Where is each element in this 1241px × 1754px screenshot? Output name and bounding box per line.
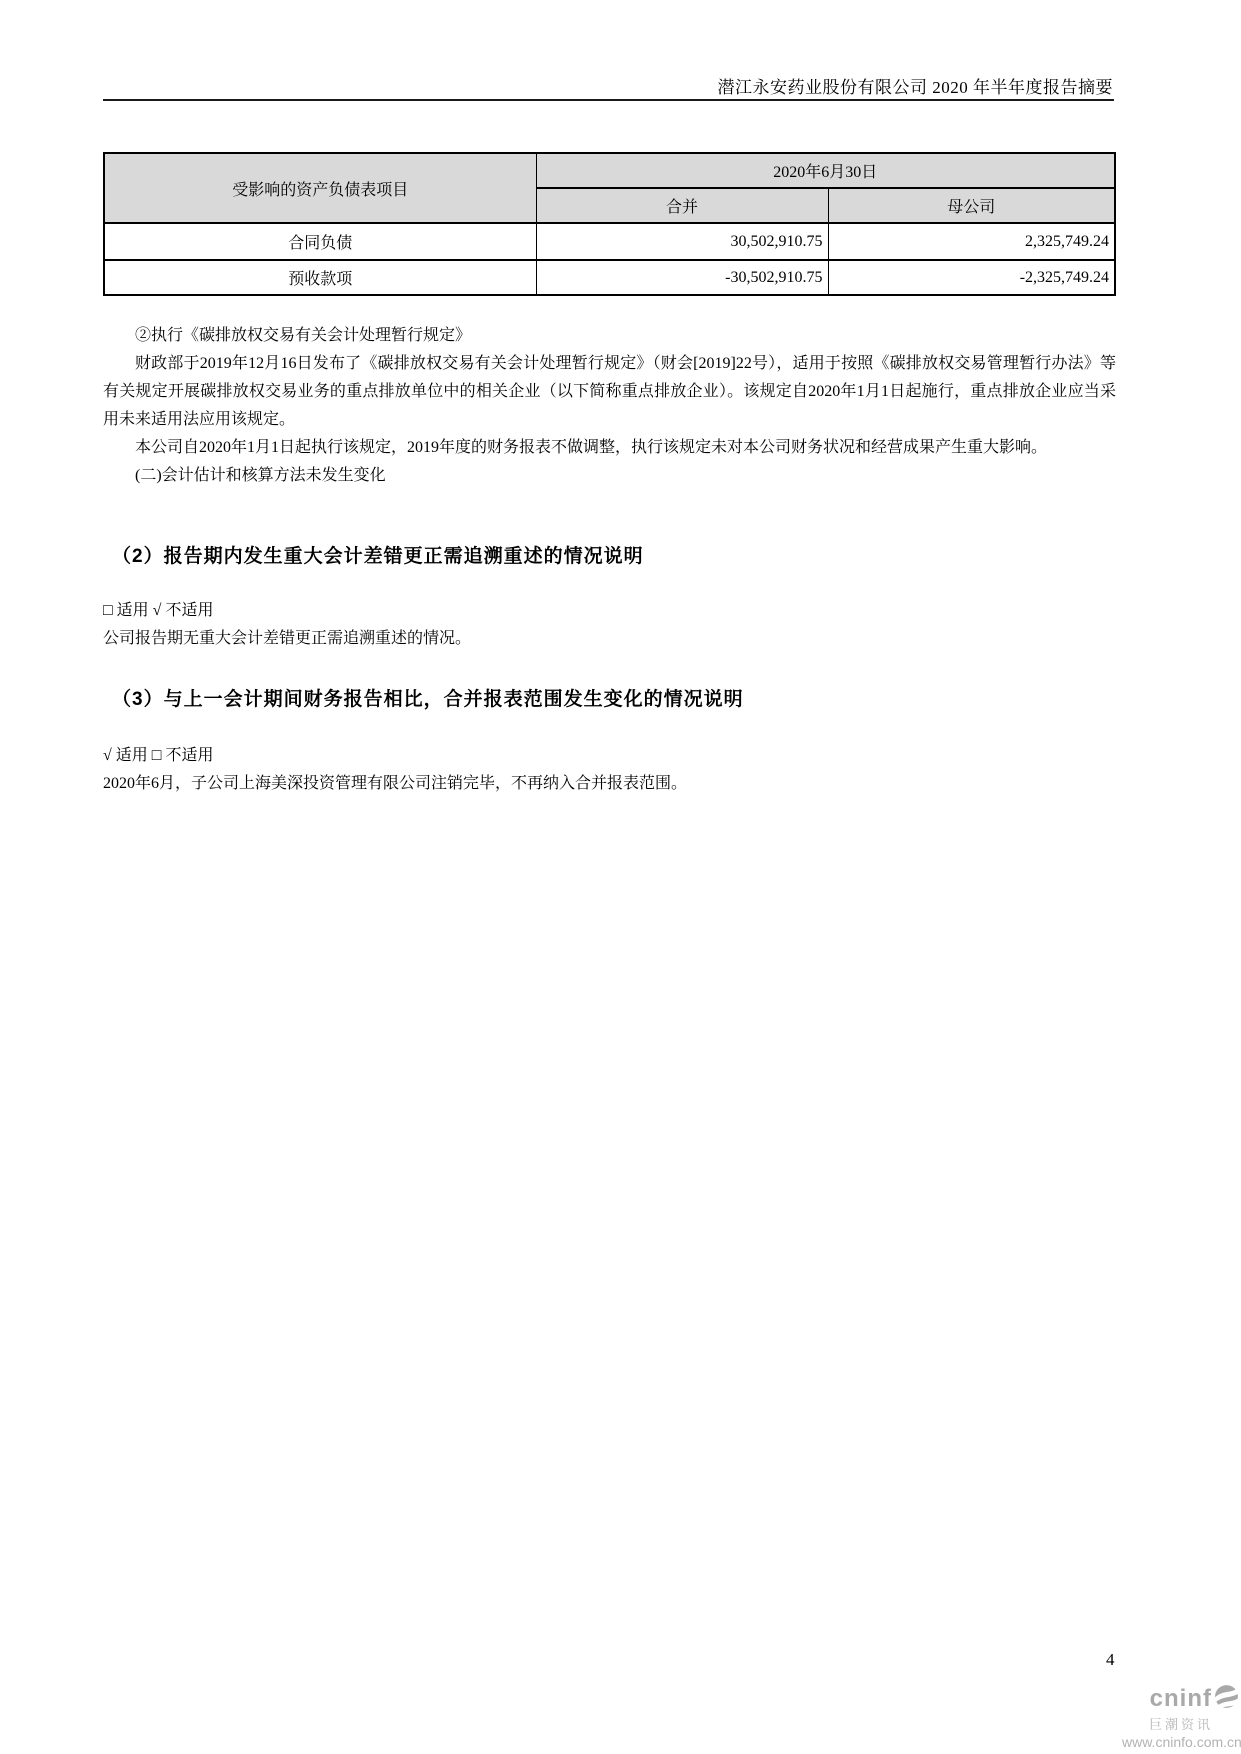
table-cell-parent-value: 2,325,749.24 [828, 223, 1115, 260]
applicability-block-2: □ 适用 √ 不适用 公司报告期无重大会计差错更正需追溯重述的情况。 [103, 597, 1116, 653]
section-heading-2: （2）报告期内发生重大会计差错更正需追溯重述的情况说明 [112, 541, 644, 568]
table-cell-item: 预收款项 [104, 260, 536, 295]
cninfo-brand-row: cninf [1122, 1683, 1240, 1715]
table-cell-consolidated-value: 30,502,910.75 [536, 223, 828, 260]
body-paragraphs: ②执行《碳排放权交易有关会计处理暂行规定》 财政部于2019年12月16日发布了… [103, 322, 1116, 490]
cninfo-globe-swoosh-icon [1213, 1683, 1240, 1715]
cninfo-brand-text: cninf [1150, 1687, 1212, 1711]
header-divider [103, 99, 1114, 101]
table-header-item-column: 受影响的资产负债表项目 [104, 153, 536, 223]
cninfo-watermark-logo: cninf 巨潮资讯 www.cninfo.com.cn [1122, 1683, 1240, 1750]
report-page: 潜江永安药业股份有限公司 2020 年半年度报告摘要 受影响的资产负债表项目 2… [0, 0, 1241, 1754]
table-cell-parent-value: -2,325,749.24 [828, 260, 1115, 295]
table-header-consolidated: 合并 [536, 188, 828, 223]
table-header-date: 2020年6月30日 [536, 153, 1115, 188]
cninfo-chinese-name: 巨潮资讯 [1122, 1714, 1240, 1733]
paragraph-no-corrections: 公司报告期无重大会计差错更正需追溯重述的情况。 [103, 625, 1116, 653]
applicability-line: √ 适用 □ 不适用 [103, 742, 1116, 770]
report-header-title: 潜江永安药业股份有限公司 2020 年半年度报告摘要 [718, 73, 1114, 98]
paragraph-company-adoption: 本公司自2020年1月1日起执行该规定，2019年度的财务报表不做调整，执行该规… [103, 434, 1116, 462]
table-header-row-1: 受影响的资产负债表项目 2020年6月30日 [104, 153, 1115, 188]
impact-table-container: 受影响的资产负债表项目 2020年6月30日 合并 母公司 合同负债 30,50… [103, 152, 1114, 296]
table-cell-item: 合同负债 [104, 223, 536, 260]
impact-table: 受影响的资产负债表项目 2020年6月30日 合并 母公司 合同负债 30,50… [103, 152, 1116, 296]
section-heading-3: （3）与上一会计期间财务报告相比，合并报表范围发生变化的情况说明 [112, 684, 744, 711]
cninfo-url: www.cninfo.com.cn [1122, 1734, 1240, 1750]
page-number: 4 [1106, 1650, 1115, 1670]
table-row: 预收款项 -30,502,910.75 -2,325,749.24 [104, 260, 1115, 295]
applicability-block-3: √ 适用 □ 不适用 2020年6月，子公司上海美深投资管理有限公司注销完毕，不… [103, 742, 1116, 798]
applicability-line: □ 适用 √ 不适用 [103, 597, 1116, 625]
paragraph-carbon-policy-title: ②执行《碳排放权交易有关会计处理暂行规定》 [103, 322, 1116, 350]
table-row: 合同负债 30,502,910.75 2,325,749.24 [104, 223, 1115, 260]
paragraph-accounting-estimates: (二)会计估计和核算方法未发生变化 [103, 462, 1116, 490]
paragraph-carbon-policy-detail: 财政部于2019年12月16日发布了《碳排放权交易有关会计处理暂行规定》（财会[… [103, 350, 1116, 434]
paragraph-scope-change: 2020年6月，子公司上海美深投资管理有限公司注销完毕，不再纳入合并报表范围。 [103, 770, 1116, 798]
table-cell-consolidated-value: -30,502,910.75 [536, 260, 828, 295]
table-header-parent: 母公司 [828, 188, 1115, 223]
